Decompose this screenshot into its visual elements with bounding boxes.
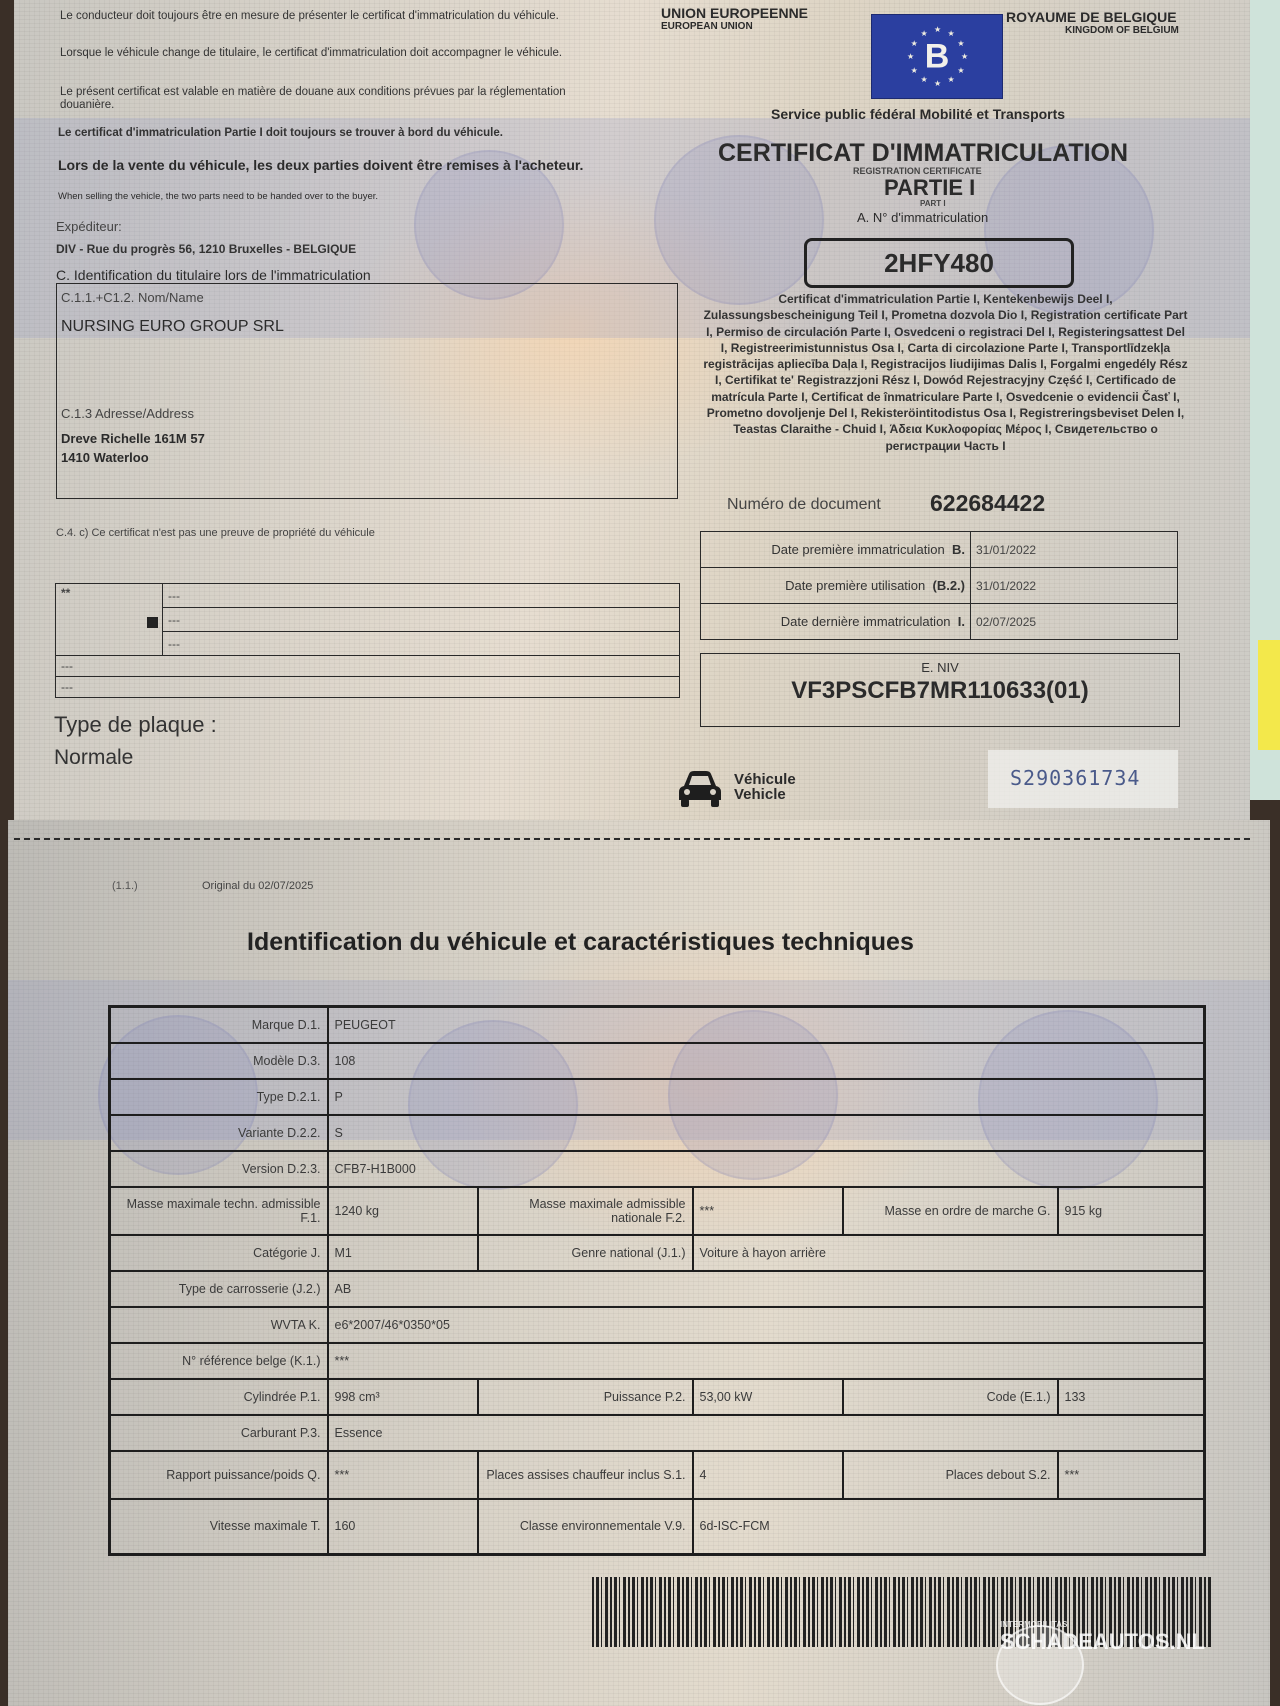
field-label: Vitesse maximale T.	[110, 1499, 328, 1555]
watermark-brand: SCHADEAUTOS.NL	[1000, 1629, 1205, 1654]
field-label: Variante D.2.2.	[110, 1115, 328, 1151]
field-label: Modèle D.3.	[110, 1043, 328, 1079]
holder-box: C.1.1.+C1.2. Nom/Name NURSING EURO GROUP…	[56, 283, 678, 499]
vehicle-label-en: Vehicle	[734, 787, 786, 802]
grid-cell: ---	[56, 656, 680, 677]
field-label: N° référence belge (K.1.)	[110, 1343, 328, 1379]
variant-value: S	[328, 1115, 1205, 1151]
watermark: INTERMOBILITAS SCHADEAUTOS.NL	[1000, 1620, 1205, 1655]
sender-label: Expéditeur:	[56, 219, 122, 234]
field-label: Version D.2.3.	[110, 1151, 328, 1187]
watermark-small: INTERMOBILITAS	[1000, 1620, 1205, 1629]
name-label: C.1.1.+C1.2. Nom/Name	[61, 290, 204, 305]
registration-number: 2HFY480	[804, 238, 1074, 288]
first-use-date: 31/01/2022	[971, 568, 1178, 604]
grid-cell: ---	[163, 584, 680, 608]
sender-address: DIV - Rue du progrès 56, 1210 Bruxelles …	[56, 242, 356, 256]
fuel-value: Essence	[328, 1415, 1205, 1451]
service-name: Service public fédéral Mobilité et Trans…	[771, 106, 1065, 122]
first-registration-date: 31/01/2022	[971, 532, 1178, 568]
field-label: Type D.2.1.	[110, 1079, 328, 1115]
g-value: 915 kg	[1058, 1187, 1205, 1235]
field-label: Genre national (J.1.)	[478, 1235, 693, 1271]
date-code: B.	[952, 542, 965, 557]
notice-1: Le conducteur doit toujours être en mesu…	[60, 10, 620, 23]
ratio-value: ***	[328, 1451, 478, 1499]
wvta-value: e6*2007/46*0350*05	[328, 1307, 1205, 1343]
plate-type-value: Normale	[54, 746, 133, 770]
vehicle-label-fr: Véhicule	[734, 772, 796, 787]
plate-type-label: Type de plaque :	[54, 712, 217, 738]
seats-value: 4	[693, 1451, 843, 1499]
star-icon: ★	[934, 80, 941, 88]
field-label: Places debout S.2.	[843, 1451, 1058, 1499]
serial-number: S290361734	[1010, 766, 1140, 790]
field-label: Carburant P.3.	[110, 1415, 328, 1451]
car-icon	[676, 768, 724, 808]
genre-value: Voiture à hayon arrière	[693, 1235, 1205, 1271]
document-number-label: Numéro de document	[727, 496, 881, 514]
notice-sale: Lors de la vente du véhicule, les deux p…	[58, 158, 618, 173]
f1-value: 1240 kg	[328, 1187, 478, 1235]
grid-cell: ---	[163, 632, 680, 656]
part-title: PARTIE I	[884, 175, 975, 201]
env-value: 6d-ISC-FCM	[693, 1499, 1205, 1555]
field-label: Type de carrosserie (J.2.)	[110, 1271, 328, 1307]
eu-belgium-flag-icon: B ★★★★★★★★★★★★	[871, 14, 1003, 99]
field-label: Masse maximale techn. admissible F.1.	[110, 1187, 328, 1235]
power-value: 53,00 kW	[693, 1379, 843, 1415]
technical-title: Identification du véhicule et caractéris…	[247, 928, 914, 957]
standing-value: ***	[1058, 1451, 1205, 1499]
field-label: Code (E.1.)	[843, 1379, 1058, 1415]
vin-number: VF3PSCFB7MR110633(01)	[701, 677, 1179, 705]
model-value: 108	[328, 1043, 1205, 1079]
type-value: P	[328, 1079, 1205, 1115]
ownership-note: C.4. c) Ce certificat n'est pas une preu…	[56, 527, 375, 539]
last-registration-date: 02/07/2025	[971, 604, 1178, 640]
category-value: M1	[328, 1235, 478, 1271]
registration-label: A. N° d'immatriculation	[857, 210, 988, 225]
field-label: Masse maximale admissible nationale F.2.	[478, 1187, 693, 1235]
certificate-title: CERTIFICAT D'IMMATRICULATION	[718, 139, 1128, 168]
speed-value: 160	[328, 1499, 478, 1555]
background-paper	[1250, 0, 1280, 800]
notice-on-board: Le certificat d'immatriculation Partie I…	[58, 127, 578, 140]
vin-box: E. NIV VF3PSCFB7MR110633(01)	[700, 653, 1180, 727]
notice-3: Le présent certificat est valable en mat…	[60, 86, 620, 112]
version-value: CFB7-H1B000	[328, 1151, 1205, 1187]
dates-table: Date première immatriculation B.31/01/20…	[700, 531, 1178, 640]
field-label: Rapport puissance/poids Q.	[110, 1451, 328, 1499]
date-code: I.	[958, 614, 965, 629]
field-label: Catégorie J.	[110, 1235, 328, 1271]
multilanguage-title: Certificat d'immatriculation Partie I, K…	[703, 291, 1188, 454]
field-label: Marque D.1.	[110, 1007, 328, 1043]
field-label: Cylindrée P.1.	[110, 1379, 328, 1415]
document-number: 622684422	[930, 490, 1045, 517]
address-line-2: 1410 Waterloo	[61, 450, 149, 465]
cylinder-value: 998 cm³	[328, 1379, 478, 1415]
star-icon: ★	[961, 53, 968, 61]
star-icon: ★	[957, 67, 964, 75]
kingdom-subtitle: KINGDOM OF BELGIUM	[1065, 25, 1179, 36]
body-value: AB	[328, 1271, 1205, 1307]
eu-title: UNION EUROPEENNE	[661, 5, 808, 21]
address-line-1: Dreve Richelle 161M 57	[61, 431, 205, 446]
f2-value: ***	[693, 1187, 843, 1235]
code-value: 133	[1058, 1379, 1205, 1415]
grid-cell: ---	[163, 608, 680, 632]
grid-marker: **	[61, 586, 70, 600]
part2-ref: (1.1.)	[112, 880, 138, 892]
original-date: Original du 02/07/2025	[202, 880, 313, 892]
flag-letter: B	[925, 37, 950, 76]
star-icon: ★	[948, 76, 955, 84]
vin-label: E. NIV	[701, 660, 1179, 675]
star-icon: ★	[911, 40, 918, 48]
field-label: Masse en ordre de marche G.	[843, 1187, 1058, 1235]
star-icon: ★	[921, 30, 928, 38]
star-icon: ★	[934, 26, 941, 34]
eu-subtitle: EUROPEAN UNION	[661, 21, 753, 32]
notice-sale-en: When selling the vehicle, the two parts …	[58, 191, 378, 202]
field-label: Places assises chauffeur inclus S.1.	[478, 1451, 693, 1499]
star-icon: ★	[957, 40, 964, 48]
serial-sticker: S290361734	[988, 750, 1178, 808]
notice-2: Lorsque le véhicule change de titulaire,…	[60, 47, 620, 60]
date-code: (B.2.)	[933, 578, 966, 593]
perforation-line	[14, 838, 1250, 840]
star-icon: ★	[907, 53, 914, 61]
technical-table: Marque D.1.PEUGEOT Modèle D.3.108 Type D…	[108, 1005, 1206, 1556]
brand-value: PEUGEOT	[328, 1007, 1205, 1043]
restriction-grid: **--- --- --- --- ---	[55, 583, 680, 698]
grid-cell: ---	[56, 677, 680, 698]
star-icon: ★	[921, 76, 928, 84]
field-label: WVTA K.	[110, 1307, 328, 1343]
field-label: Classe environnementale V.9.	[478, 1499, 693, 1555]
address-label: C.1.3 Adresse/Address	[61, 406, 194, 421]
grid-square-icon	[147, 617, 158, 628]
holder-section-title: C. Identification du titulaire lors de l…	[56, 267, 371, 283]
star-icon: ★	[911, 67, 918, 75]
field-label: Puissance P.2.	[478, 1379, 693, 1415]
kingdom-title: ROYAUME DE BELGIQUE	[1006, 9, 1177, 25]
date-label: Date dernière immatriculation	[781, 614, 951, 629]
date-label: Date première immatriculation	[771, 542, 944, 557]
holder-name: NURSING EURO GROUP SRL	[61, 318, 284, 336]
star-icon: ★	[948, 30, 955, 38]
k1-value: ***	[328, 1343, 1205, 1379]
part-subtitle: PART I	[920, 199, 946, 208]
date-label: Date première utilisation	[785, 578, 925, 593]
